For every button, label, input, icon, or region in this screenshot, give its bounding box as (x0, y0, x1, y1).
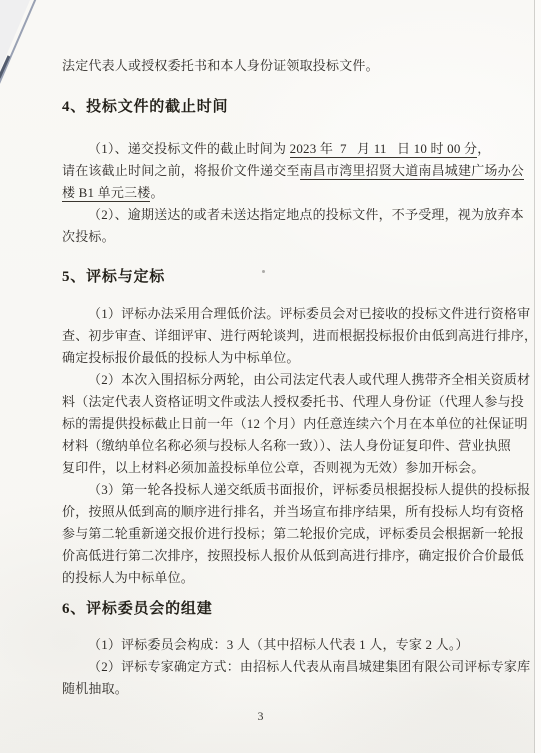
delivery-address-underlined: 南昌市湾里招贤大道南昌城建广场办公 (300, 163, 524, 180)
s4-p1-line2-pre: 请在该截止时间之前，将报价文件递交至 (62, 163, 300, 178)
page-corner-fold-artifact (0, 0, 70, 110)
s6-p2-line2: 随机抽取。 (62, 678, 498, 700)
s5-p3-line1: （3）第一轮各投标人递交纸质书面报价，评标委员根据投标人提供的投标报 (62, 479, 498, 501)
s4-p1-line3-post: 。 (150, 185, 163, 200)
s5-p2-line5: 复印件，以上材料必须加盖投标单位公章，否则视为无效）参加开标会。 (62, 457, 498, 479)
s6-p2-line1: （2）评标专家确定方式：由招标人代表从南昌城建集团有限公司评标专家库 (62, 656, 498, 678)
s4-p2-line2: 次投标。 (62, 226, 498, 248)
s6-p1-line1: （1）评标委员会构成：3 人（其中招标人代表 1 人，专家 2 人。） (62, 634, 498, 656)
s5-p1-line1: （1）评标办法采用合理低价法。评标委员会对已接收的投标文件进行资格审 (62, 303, 498, 325)
deadline-date-underlined: 2023 年 7 月 11 日 10 时 00 分 (290, 141, 478, 158)
intro-continuation-line: 法定代表人或授权委托书和本人身份证领取投标文件。 (62, 55, 498, 77)
s5-p2-line4: 材料（缴纳单位名称必须与投标人名称一致））、法人身份证复印件、营业执照 (62, 435, 498, 457)
delivery-address-underlined-cont: 楼 B1 单元三楼 (62, 185, 150, 202)
s5-p2-line2: 料（法定代表人资格证明文件或法人授权委托书、代理人身份证（代理人参与投 (62, 391, 498, 413)
scan-right-margin (535, 0, 541, 753)
section-6-heading: 6、评标委员会的组建 (62, 596, 498, 622)
s5-p1-line3: 确定投标报价最低的投标人为中标单位。 (62, 347, 498, 369)
s4-p1-line2: 请在该截止时间之前，将报价文件递交至南昌市湾里招贤大道南昌城建广场办公 (62, 160, 498, 182)
scan-edge-line-artifact (534, 0, 535, 753)
s4-p1-line3: 楼 B1 单元三楼。 (62, 182, 498, 204)
s4-p1-line1-pre: （1）、递交投标文件的截止时间为 (88, 141, 290, 156)
s4-p2-line1: （2）、逾期送达的或者未送达指定地点的投标文件，不予受理，视为放弃本 (62, 204, 498, 226)
section-5-heading: 5、评标与定标 (62, 264, 498, 290)
s4-p1-line1-post: ， (477, 141, 490, 156)
page-number: 3 (0, 709, 522, 724)
document-body: 法定代表人或授权委托书和本人身份证领取投标文件。 4、投标文件的截止时间 （1）… (62, 55, 498, 700)
s5-p2-line3: 标的需提供投标截止日前一年（12 个月）内任意连续六个月在本单位的社保证明 (62, 413, 498, 435)
s5-p3-line5: 的投标人为中标单位。 (62, 567, 498, 589)
s5-p3-line2: 价，按照从低到高的顺序进行排名，并当场宣布排序结果，所有投标人均有资格 (62, 501, 498, 523)
section-4-heading: 4、投标文件的截止时间 (62, 94, 498, 120)
scanned-document-page: 法定代表人或授权委托书和本人身份证领取投标文件。 4、投标文件的截止时间 （1）… (0, 0, 541, 753)
s4-p1-line1: （1）、递交投标文件的截止时间为 2023 年 7 月 11 日 10 时 00… (62, 138, 498, 160)
s5-p3-line4: 价高低进行第二次排序，按照投标人报价从低到高进行排序，确定报价合价最低 (62, 545, 498, 567)
s5-p2-line1: （2）本次入围招标分两轮，由公司法定代表人或代理人携带齐全相关资质材 (62, 369, 498, 391)
s5-p3-line3: 参与第二轮重新递交报价进行投标；第二轮报价完成，评标委员会根据新一轮报 (62, 523, 498, 545)
s5-p1-line2: 查、初步审查、详细评审、进行两轮谈判，进而根据投标报价由低到高进行排序， (62, 325, 498, 347)
